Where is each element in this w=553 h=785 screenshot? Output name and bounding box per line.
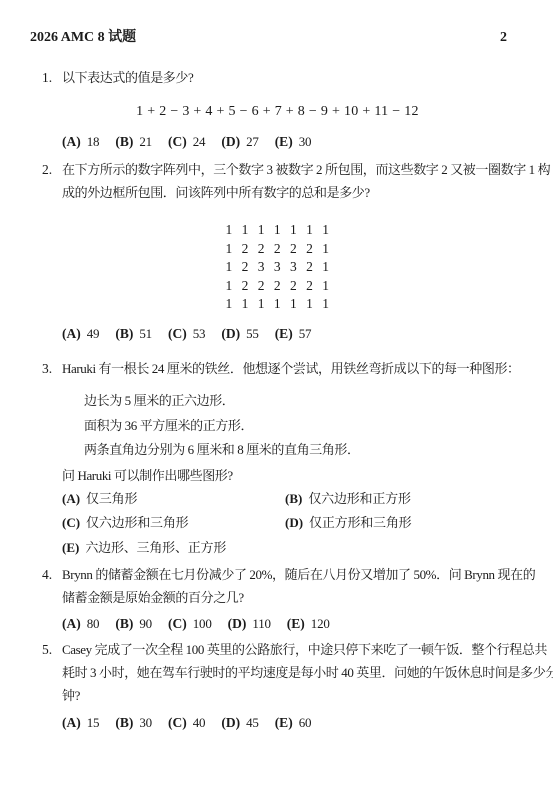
option-b: (B)21 bbox=[115, 130, 152, 153]
option-e-value: 六边形、三角形、正方形 bbox=[85, 540, 226, 555]
number-array-row: 1 1 1 1 1 1 1 bbox=[42, 295, 513, 314]
problem-2-statement: 2. 在下方所示的数字阵列中，三个数字 3 被数字 2 所包围，而这些数字 2 … bbox=[42, 158, 513, 204]
option-d-label: (D) bbox=[228, 616, 247, 631]
page-header: 2026 AMC 8 试题 2 bbox=[30, 26, 507, 46]
problem-4-number: 4. bbox=[42, 563, 62, 586]
option-a-label: (A) bbox=[62, 326, 81, 341]
option-d-value: 45 bbox=[246, 715, 259, 730]
page-title: 2026 AMC 8 试题 bbox=[30, 26, 136, 46]
option-d-value: 27 bbox=[246, 134, 259, 149]
option-c-value: 100 bbox=[193, 616, 212, 631]
problem-1-statement: 1. 以下表达式的值是多少? bbox=[42, 66, 513, 89]
shape-list: 边长为 5 厘米的正六边形． 面积为 36 平方厘米的正方形． 两条直角边分别为… bbox=[62, 389, 513, 463]
option-c-value: 仅六边形和三角形 bbox=[86, 515, 188, 530]
option-e-value: 57 bbox=[299, 326, 312, 341]
option-e-label: (E) bbox=[275, 134, 293, 149]
option-d: (D)27 bbox=[221, 130, 258, 153]
option-e: (E)30 bbox=[275, 130, 312, 153]
option-d-value: 110 bbox=[252, 616, 270, 631]
option-c-label: (C) bbox=[168, 715, 187, 730]
option-b: (B)仅六边形和正方形 bbox=[285, 487, 411, 512]
option-e: (E)六边形、三角形、正方形 bbox=[62, 536, 285, 561]
option-d-label: (D) bbox=[221, 326, 240, 341]
option-e-value: 30 bbox=[299, 134, 312, 149]
problem-4: 4. Brynn 的储蓄金额在七月份减少了 20%，随后在八月份又增加了 50%… bbox=[42, 563, 513, 635]
option-b-label: (B) bbox=[115, 616, 133, 631]
problem-5-statement: 5. Casey 完成了一次全程 100 英里的公路旅行，中途只停下来吃了一顿午… bbox=[42, 638, 513, 707]
option-b-value: 30 bbox=[139, 715, 152, 730]
problem-3-question: 问 Haruki 可以制作出哪些图形? bbox=[62, 464, 513, 487]
option-e-label: (E) bbox=[275, 715, 293, 730]
problem-5-text-line: Casey 完成了一次全程 100 英里的公路旅行，中途只停下来吃了一顿午饭．整… bbox=[62, 638, 513, 661]
problem-3-number: 3. bbox=[42, 357, 62, 380]
problem-1-options: (A)18 (B)21 (C)24 (D)27 (E)30 bbox=[62, 130, 513, 153]
option-b-value: 仅六边形和正方形 bbox=[308, 491, 410, 506]
option-a-value: 18 bbox=[87, 134, 100, 149]
shape-item-triangle: 两条直角边分别为 6 厘米和 8 厘米的直角三角形． bbox=[84, 438, 513, 463]
option-c: (C)仅六边形和三角形 bbox=[62, 511, 285, 536]
problem-2-number: 2. bbox=[42, 158, 62, 181]
option-c-value: 53 bbox=[193, 326, 206, 341]
option-e: (E)120 bbox=[287, 612, 330, 635]
option-b: (B)30 bbox=[115, 711, 152, 734]
problem-2-text-line: 在下方所示的数字阵列中，三个数字 3 被数字 2 所包围，而这些数字 2 又被一… bbox=[62, 158, 513, 181]
option-e-value: 60 bbox=[299, 715, 312, 730]
number-array-row: 1 2 2 2 2 2 1 bbox=[42, 277, 513, 296]
problem-3-text-line: Haruki 有一根长 24 厘米的铁丝．他想逐个尝试，用铁丝弯折成以下的每一种… bbox=[62, 357, 513, 380]
option-a-label: (A) bbox=[62, 715, 81, 730]
option-a-label: (A) bbox=[62, 134, 81, 149]
option-b-label: (B) bbox=[115, 715, 133, 730]
option-a: (A)18 bbox=[62, 130, 99, 153]
option-a-label: (A) bbox=[62, 491, 80, 506]
option-d-label: (D) bbox=[285, 515, 303, 530]
option-e-label: (E) bbox=[275, 326, 293, 341]
option-b-label: (B) bbox=[115, 326, 133, 341]
option-d-label: (D) bbox=[221, 715, 240, 730]
option-e: (E)60 bbox=[275, 711, 312, 734]
option-e-label: (E) bbox=[287, 616, 305, 631]
problem-4-text-line: Brynn 的储蓄金额在七月份减少了 20%，随后在八月份又增加了 50%．问 … bbox=[62, 563, 513, 586]
option-c-label: (C) bbox=[168, 616, 187, 631]
problem-5-number: 5. bbox=[42, 638, 62, 661]
option-b-label: (B) bbox=[285, 491, 302, 506]
option-d: (D)45 bbox=[221, 711, 258, 734]
problem-5-text-line: 钟? bbox=[62, 684, 513, 707]
option-a: (A)15 bbox=[62, 711, 99, 734]
problem-4-statement: 4. Brynn 的储蓄金额在七月份减少了 20%，随后在八月份又增加了 50%… bbox=[42, 563, 513, 609]
problem-4-options: (A)80 (B)90 (C)100 (D)110 (E)120 bbox=[62, 612, 513, 635]
option-d-label: (D) bbox=[221, 134, 240, 149]
option-b-value: 90 bbox=[139, 616, 152, 631]
option-d: (D)110 bbox=[228, 612, 271, 635]
number-array: 1 1 1 1 1 1 1 1 2 2 2 2 2 1 1 2 3 3 3 2 … bbox=[42, 221, 513, 314]
option-c-label: (C) bbox=[168, 134, 187, 149]
option-d-value: 55 bbox=[246, 326, 259, 341]
option-e-value: 120 bbox=[311, 616, 330, 631]
option-a-value: 80 bbox=[87, 616, 100, 631]
problem-5-text-line: 耗时 3 小时，她在驾车行驶时的平均速度是每小时 40 英里．问她的午饭休息时间… bbox=[62, 661, 513, 684]
number-array-row: 1 1 1 1 1 1 1 bbox=[42, 221, 513, 240]
problem-2: 2. 在下方所示的数字阵列中，三个数字 3 被数字 2 所包围，而这些数字 2 … bbox=[42, 158, 513, 345]
option-a: (A)49 bbox=[62, 322, 99, 345]
problem-1: 1. 以下表达式的值是多少? 1 + 2 − 3 + 4 + 5 − 6 + 7… bbox=[42, 66, 513, 153]
problem-1-expression: 1 + 2 − 3 + 4 + 5 − 6 + 7 + 8 − 9 + 10 +… bbox=[42, 100, 513, 123]
problem-5-options: (A)15 (B)30 (C)40 (D)45 (E)60 bbox=[62, 711, 513, 734]
option-a: (A)仅三角形 bbox=[62, 487, 285, 512]
problem-3: 3. Haruki 有一根长 24 厘米的铁丝．他想逐个尝试，用铁丝弯折成以下的… bbox=[42, 357, 513, 560]
option-e: (E)57 bbox=[275, 322, 312, 345]
problem-2-text-line: 成的外边框所包围．问该阵列中所有数字的总和是多少? bbox=[62, 181, 513, 204]
problem-2-options: (A)49 (B)51 (C)53 (D)55 (E)57 bbox=[62, 322, 513, 345]
page-number: 2 bbox=[500, 30, 507, 46]
problem-1-number: 1. bbox=[42, 66, 62, 89]
problem-3-options: (A)仅三角形 (B)仅六边形和正方形 (C)仅六边形和三角形 (D)仅正方形和… bbox=[62, 487, 513, 561]
option-c-label: (C) bbox=[62, 515, 80, 530]
option-c: (C)53 bbox=[168, 322, 205, 345]
option-b: (B)90 bbox=[115, 612, 152, 635]
option-a-value: 仅三角形 bbox=[86, 491, 137, 506]
option-a-label: (A) bbox=[62, 616, 81, 631]
option-e-label: (E) bbox=[62, 540, 79, 555]
option-b: (B)51 bbox=[115, 322, 152, 345]
number-array-row: 1 2 3 3 3 2 1 bbox=[42, 258, 513, 277]
option-b-value: 21 bbox=[139, 134, 152, 149]
document-page: 2026 AMC 8 试题 2 1. 以下表达式的值是多少? 1 + 2 − 3… bbox=[0, 0, 553, 785]
problem-1-text-line: 以下表达式的值是多少? bbox=[62, 66, 513, 89]
shape-item-hexagon: 边长为 5 厘米的正六边形． bbox=[84, 389, 513, 414]
option-c-value: 24 bbox=[193, 134, 206, 149]
option-b-value: 51 bbox=[139, 326, 152, 341]
option-d-value: 仅正方形和三角形 bbox=[309, 515, 411, 530]
option-d: (D)55 bbox=[221, 322, 258, 345]
option-d: (D)仅正方形和三角形 bbox=[285, 511, 411, 536]
option-a-value: 15 bbox=[87, 715, 100, 730]
number-array-row: 1 2 2 2 2 2 1 bbox=[42, 240, 513, 259]
option-c-label: (C) bbox=[168, 326, 187, 341]
option-a-value: 49 bbox=[87, 326, 100, 341]
option-c: (C)100 bbox=[168, 612, 212, 635]
option-a: (A)80 bbox=[62, 612, 99, 635]
problem-3-statement: 3. Haruki 有一根长 24 厘米的铁丝．他想逐个尝试，用铁丝弯折成以下的… bbox=[42, 357, 513, 487]
shape-item-square: 面积为 36 平方厘米的正方形． bbox=[84, 414, 513, 439]
problem-4-text-line: 储蓄金额是原始金额的百分之几? bbox=[62, 586, 513, 609]
option-c: (C)40 bbox=[168, 711, 205, 734]
option-c: (C)24 bbox=[168, 130, 205, 153]
option-b-label: (B) bbox=[115, 134, 133, 149]
problem-5: 5. Casey 完成了一次全程 100 英里的公路旅行，中途只停下来吃了一顿午… bbox=[42, 638, 513, 734]
option-c-value: 40 bbox=[193, 715, 206, 730]
